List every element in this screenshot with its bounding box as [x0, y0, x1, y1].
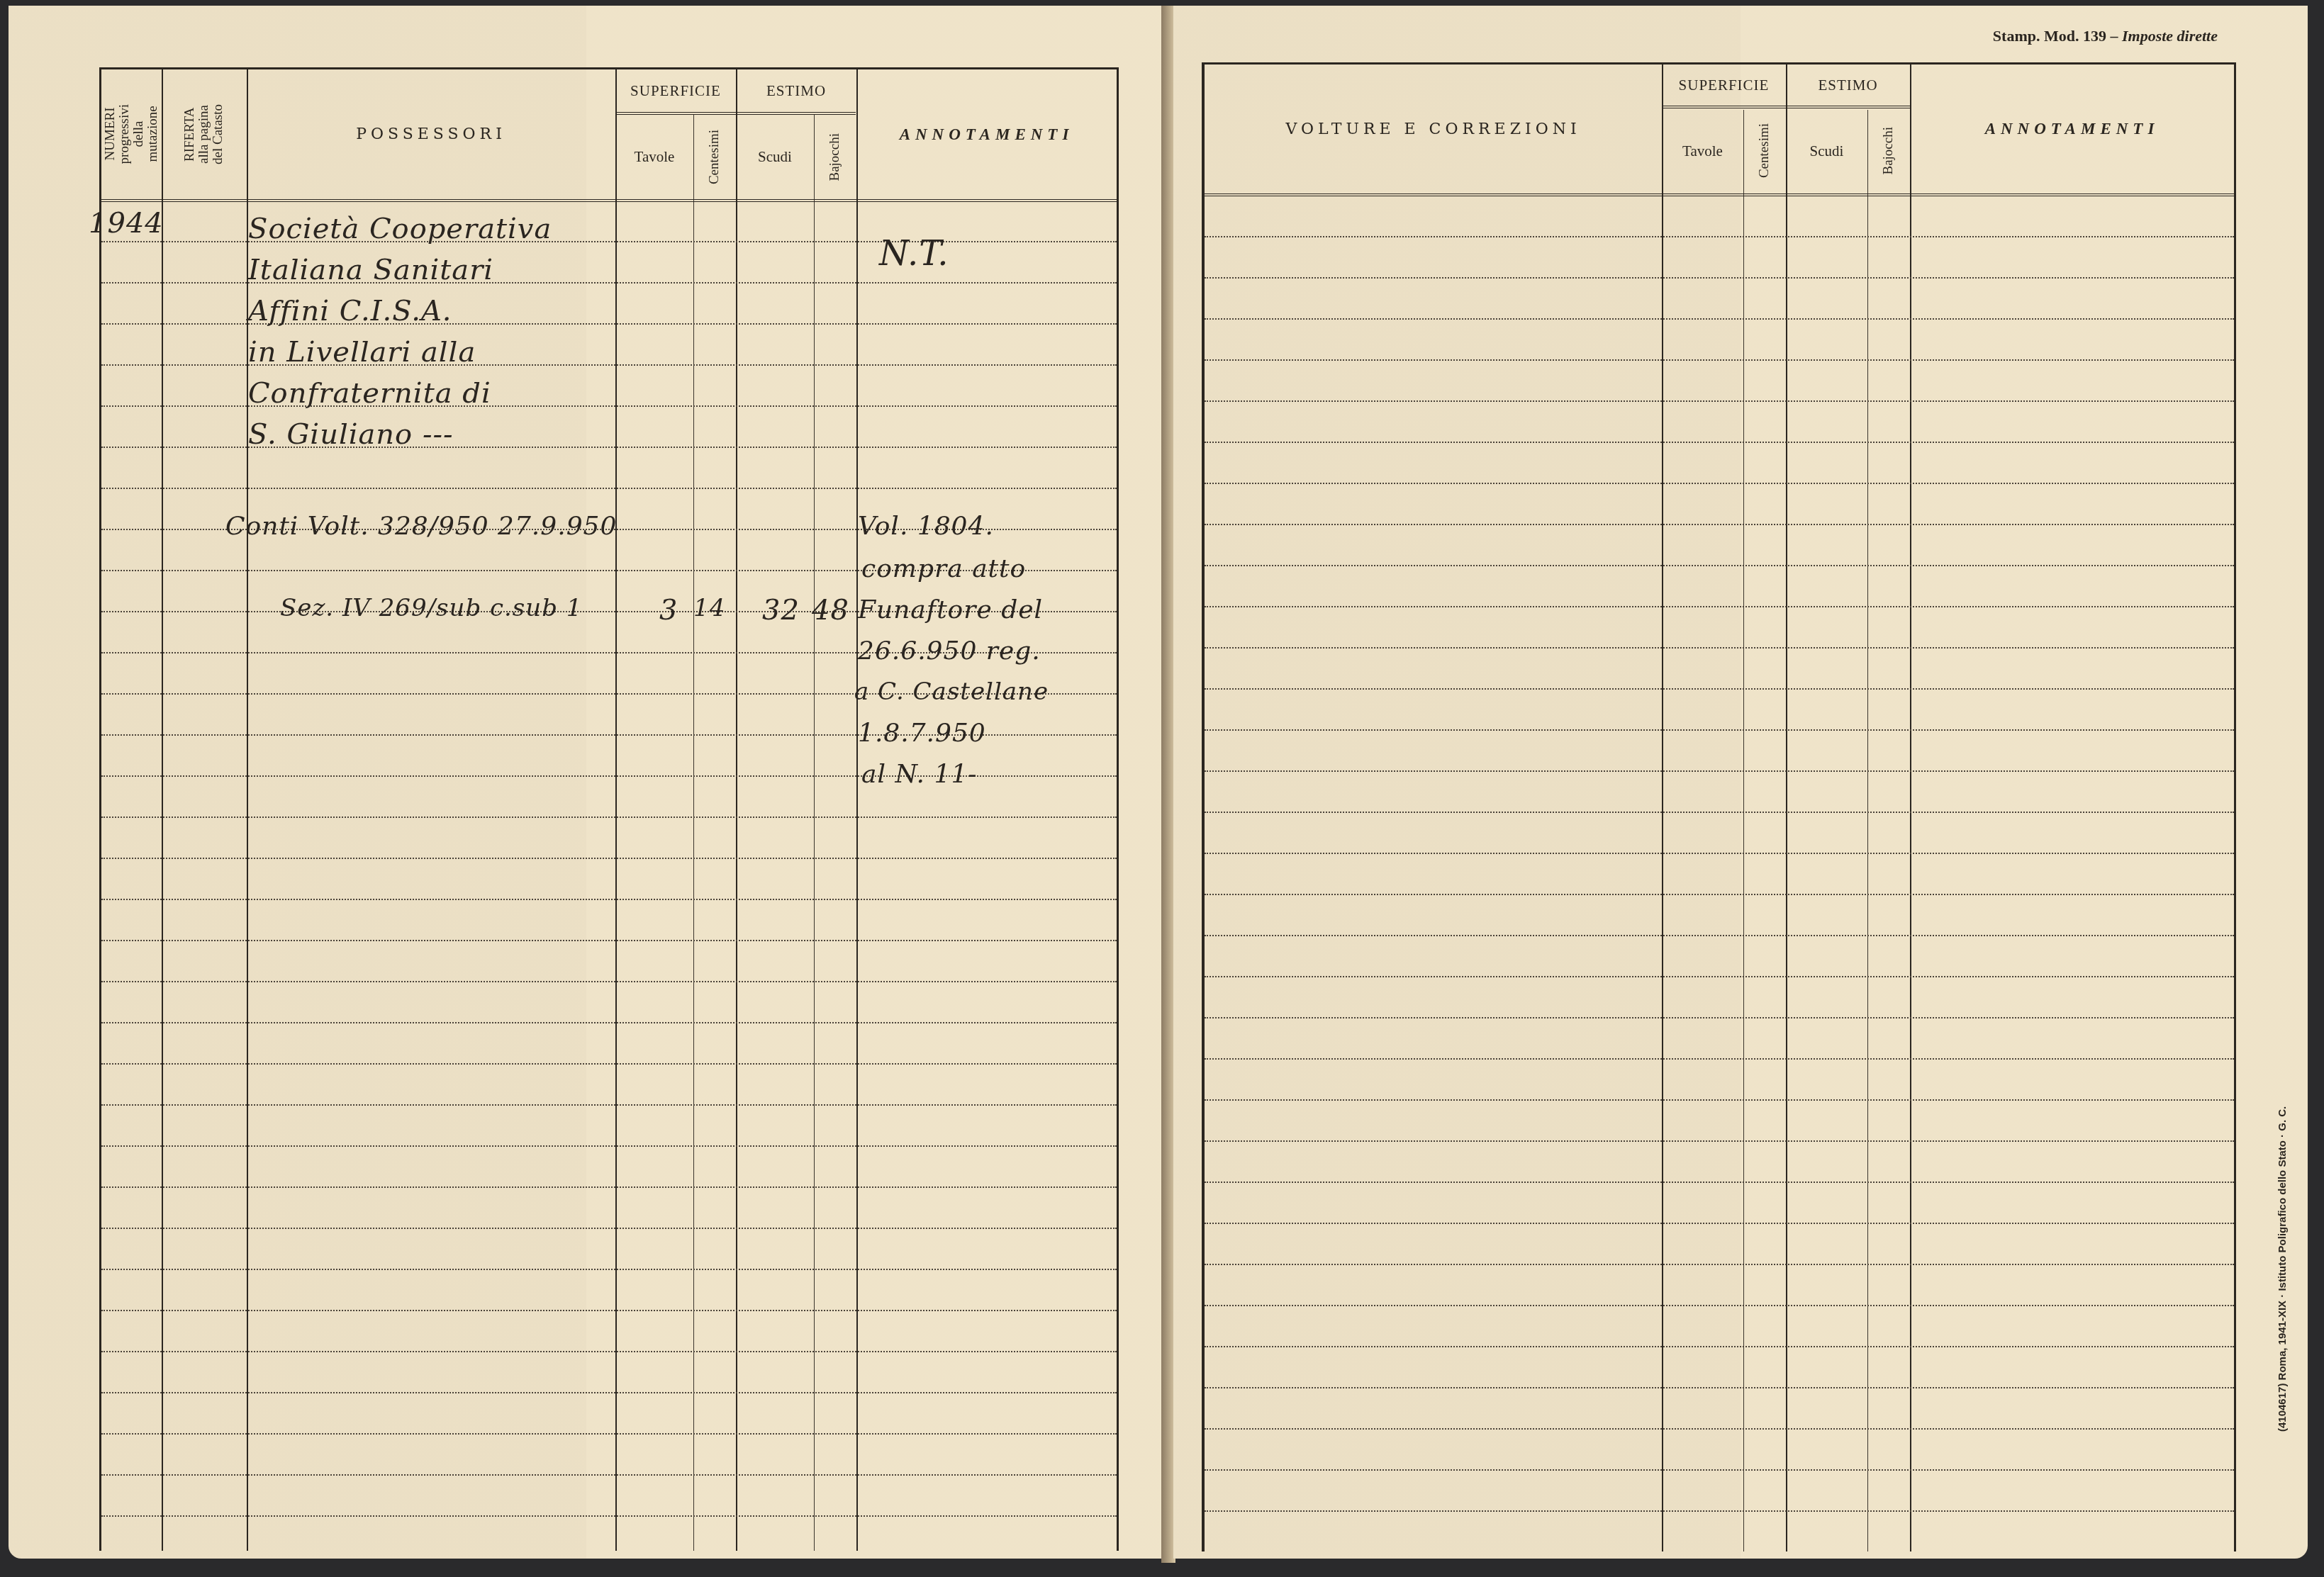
row-rule — [101, 1392, 1117, 1393]
header-riferta-line: RIFERTA — [182, 107, 197, 162]
scudi-value: 32 — [762, 594, 800, 627]
col-divider — [736, 69, 737, 1551]
row-rule — [101, 1351, 1117, 1352]
header-numeri-line: progressivi — [117, 104, 132, 164]
row-rule — [1205, 935, 2234, 936]
bajocchi-value: 48 — [812, 594, 849, 627]
row-rule — [1205, 1428, 2234, 1430]
row-rule — [1205, 729, 2234, 731]
col-divider — [615, 69, 617, 1551]
row-rule — [1205, 1140, 2234, 1142]
header-volture: VOLTURE E CORREZIONI — [1205, 64, 1662, 193]
col-divider — [162, 69, 163, 1551]
col-divider — [1743, 110, 1744, 1551]
volture-reference: Conti Volt. 328/950 27.9.950 — [225, 512, 617, 541]
header-possessori: POSSESSORI — [247, 69, 615, 199]
row-rule — [101, 1515, 1117, 1517]
row-rule — [1205, 1017, 2234, 1018]
row-rule — [101, 1022, 1117, 1023]
col-divider — [1662, 64, 1663, 1551]
header-riferta-line: alla pagina — [196, 105, 211, 164]
row-rule — [101, 1186, 1117, 1188]
annotation-line: Vol. 1804. — [858, 512, 994, 541]
row-rule — [1205, 1387, 2234, 1388]
annotation-line: compra atto — [861, 554, 1026, 583]
row-rule — [101, 1433, 1117, 1435]
row-rule — [1205, 853, 2234, 854]
possessori-line: Italiana Sanitari — [248, 254, 493, 286]
row-rule — [1205, 1305, 2234, 1306]
form-number: 139 — [2083, 27, 2106, 45]
row-rule — [1205, 565, 2234, 566]
row-rule — [101, 1228, 1117, 1229]
row-rule — [1205, 1469, 2234, 1471]
left-register-table: NUMERI progressivi della mutazione RIFER… — [99, 67, 1119, 1551]
row-rule — [1205, 277, 2234, 279]
right-register-table: VOLTURE E CORREZIONI SUPERFICIE ESTIMO T… — [1202, 62, 2236, 1551]
row-rule — [1205, 524, 2234, 525]
header-numeri-line: della — [131, 121, 146, 147]
col-divider — [1910, 64, 1911, 1551]
row-rule — [101, 488, 1117, 489]
printer-imprint: (4104617) Roma, 1941-XIX · Istituto Poli… — [2270, 1056, 2294, 1481]
row-rule — [1205, 976, 2234, 977]
header-numeri: NUMERI progressivi della mutazione — [101, 69, 162, 199]
centesimi-value: 14 — [693, 594, 725, 622]
row-rule — [1205, 1099, 2234, 1101]
header-riferta: RIFERTA alla pagina del Catasto — [162, 69, 247, 199]
row-rule — [1205, 1264, 2234, 1265]
header-bottom-rule — [1205, 193, 2234, 196]
row-rule — [1205, 236, 2234, 237]
row-rule — [1205, 483, 2234, 484]
row-rule — [1205, 1346, 2234, 1347]
header-scudi: Scudi — [1786, 108, 1867, 193]
col-divider — [814, 115, 815, 1551]
header-centesimi-text: Centesimi — [1758, 123, 1772, 178]
header-bajocchi: Bajocchi — [814, 115, 856, 199]
annotation-line: 26.6.950 reg. — [858, 636, 1041, 666]
possessori-line: S. Giuliano --- — [248, 418, 453, 451]
row-rule — [1205, 647, 2234, 649]
col-divider — [693, 115, 694, 1551]
row-rule — [1205, 359, 2234, 361]
header-bajocchi: Bajocchi — [1867, 108, 1910, 193]
possessori-line: Società Cooperativa — [248, 213, 552, 245]
row-rule — [1205, 1182, 2234, 1183]
row-rule — [1205, 812, 2234, 813]
annotation-line: a C. Castellane — [854, 678, 1049, 706]
row-rule — [101, 981, 1117, 982]
row-rule — [1205, 606, 2234, 607]
annotation-line: Funaftore del — [858, 595, 1043, 624]
row-rule — [1205, 894, 2234, 895]
tavole-value: 3 — [659, 594, 678, 627]
row-rule — [1205, 1058, 2234, 1060]
possessori-line: in Livellari alla — [248, 336, 476, 369]
row-rule — [1205, 1510, 2234, 1512]
form-header: Stamp. Mod. 139 – Imposte dirette — [1993, 27, 2218, 45]
annotation-nt: N.T. — [879, 234, 949, 274]
header-numeri-text: NUMERI progressivi della mutazione — [104, 104, 160, 164]
row-rule — [1205, 318, 2234, 320]
possessori-line: Confraternita di — [248, 377, 491, 410]
header-bajocchi-text: Bajocchi — [828, 133, 842, 181]
header-superficie: SUPERFICIE — [615, 69, 736, 112]
col-divider — [247, 69, 248, 1551]
row-rule — [101, 1063, 1117, 1065]
row-rule — [1205, 1223, 2234, 1224]
header-estimo: ESTIMO — [1786, 64, 1910, 106]
row-rule — [101, 940, 1117, 941]
header-bottom-rule — [101, 199, 1117, 202]
row-rule — [101, 1474, 1117, 1476]
possessori-line: Affini C.I.S.A. — [248, 295, 452, 327]
form-title: Imposte dirette — [2122, 27, 2218, 45]
row-rule — [1205, 442, 2234, 443]
header-numeri-line: mutazione — [145, 106, 160, 162]
col-divider — [1867, 110, 1868, 1551]
header-riferta-text: RIFERTA alla pagina del Catasto — [183, 104, 225, 164]
header-centesimi-text: Centesimi — [708, 130, 722, 184]
header-scudi: Scudi — [736, 115, 814, 199]
row-rule — [101, 1104, 1117, 1106]
header-annotamenti: ANNOTAMENTI — [856, 69, 1117, 199]
header-riferta-line: del Catasto — [211, 104, 225, 164]
entry-numero: 1944 — [89, 207, 164, 240]
row-rule — [101, 1269, 1117, 1270]
header-tavole: Tavole — [1662, 108, 1743, 193]
row-rule — [1205, 770, 2234, 772]
row-rule — [101, 899, 1117, 900]
col-divider — [856, 69, 858, 1551]
header-bajocchi-text: Bajocchi — [1882, 127, 1896, 175]
header-estimo: ESTIMO — [736, 69, 856, 112]
section-reference: Sez. IV 269/sub c.sub 1 — [280, 594, 582, 622]
header-superficie: SUPERFICIE — [1662, 64, 1786, 106]
form-prefix: Stamp. Mod. — [1993, 27, 2079, 45]
header-numeri-line: NUMERI — [103, 108, 118, 161]
annotation-line: al N. 11- — [861, 760, 977, 789]
header-tavole: Tavole — [615, 115, 693, 199]
header-annotamenti: ANNOTAMENTI — [1910, 64, 2234, 193]
row-rule — [101, 1145, 1117, 1147]
row-rule — [1205, 688, 2234, 690]
row-rule — [101, 816, 1117, 818]
header-centesimi: Centesimi — [1743, 108, 1786, 193]
row-rule — [101, 1310, 1117, 1311]
header-centesimi: Centesimi — [693, 115, 736, 199]
annotation-line: 1.8.7.950 — [858, 719, 986, 748]
row-rule — [101, 858, 1117, 859]
row-rule — [1205, 400, 2234, 402]
col-divider — [1786, 64, 1787, 1551]
form-separator: – — [2110, 27, 2118, 45]
